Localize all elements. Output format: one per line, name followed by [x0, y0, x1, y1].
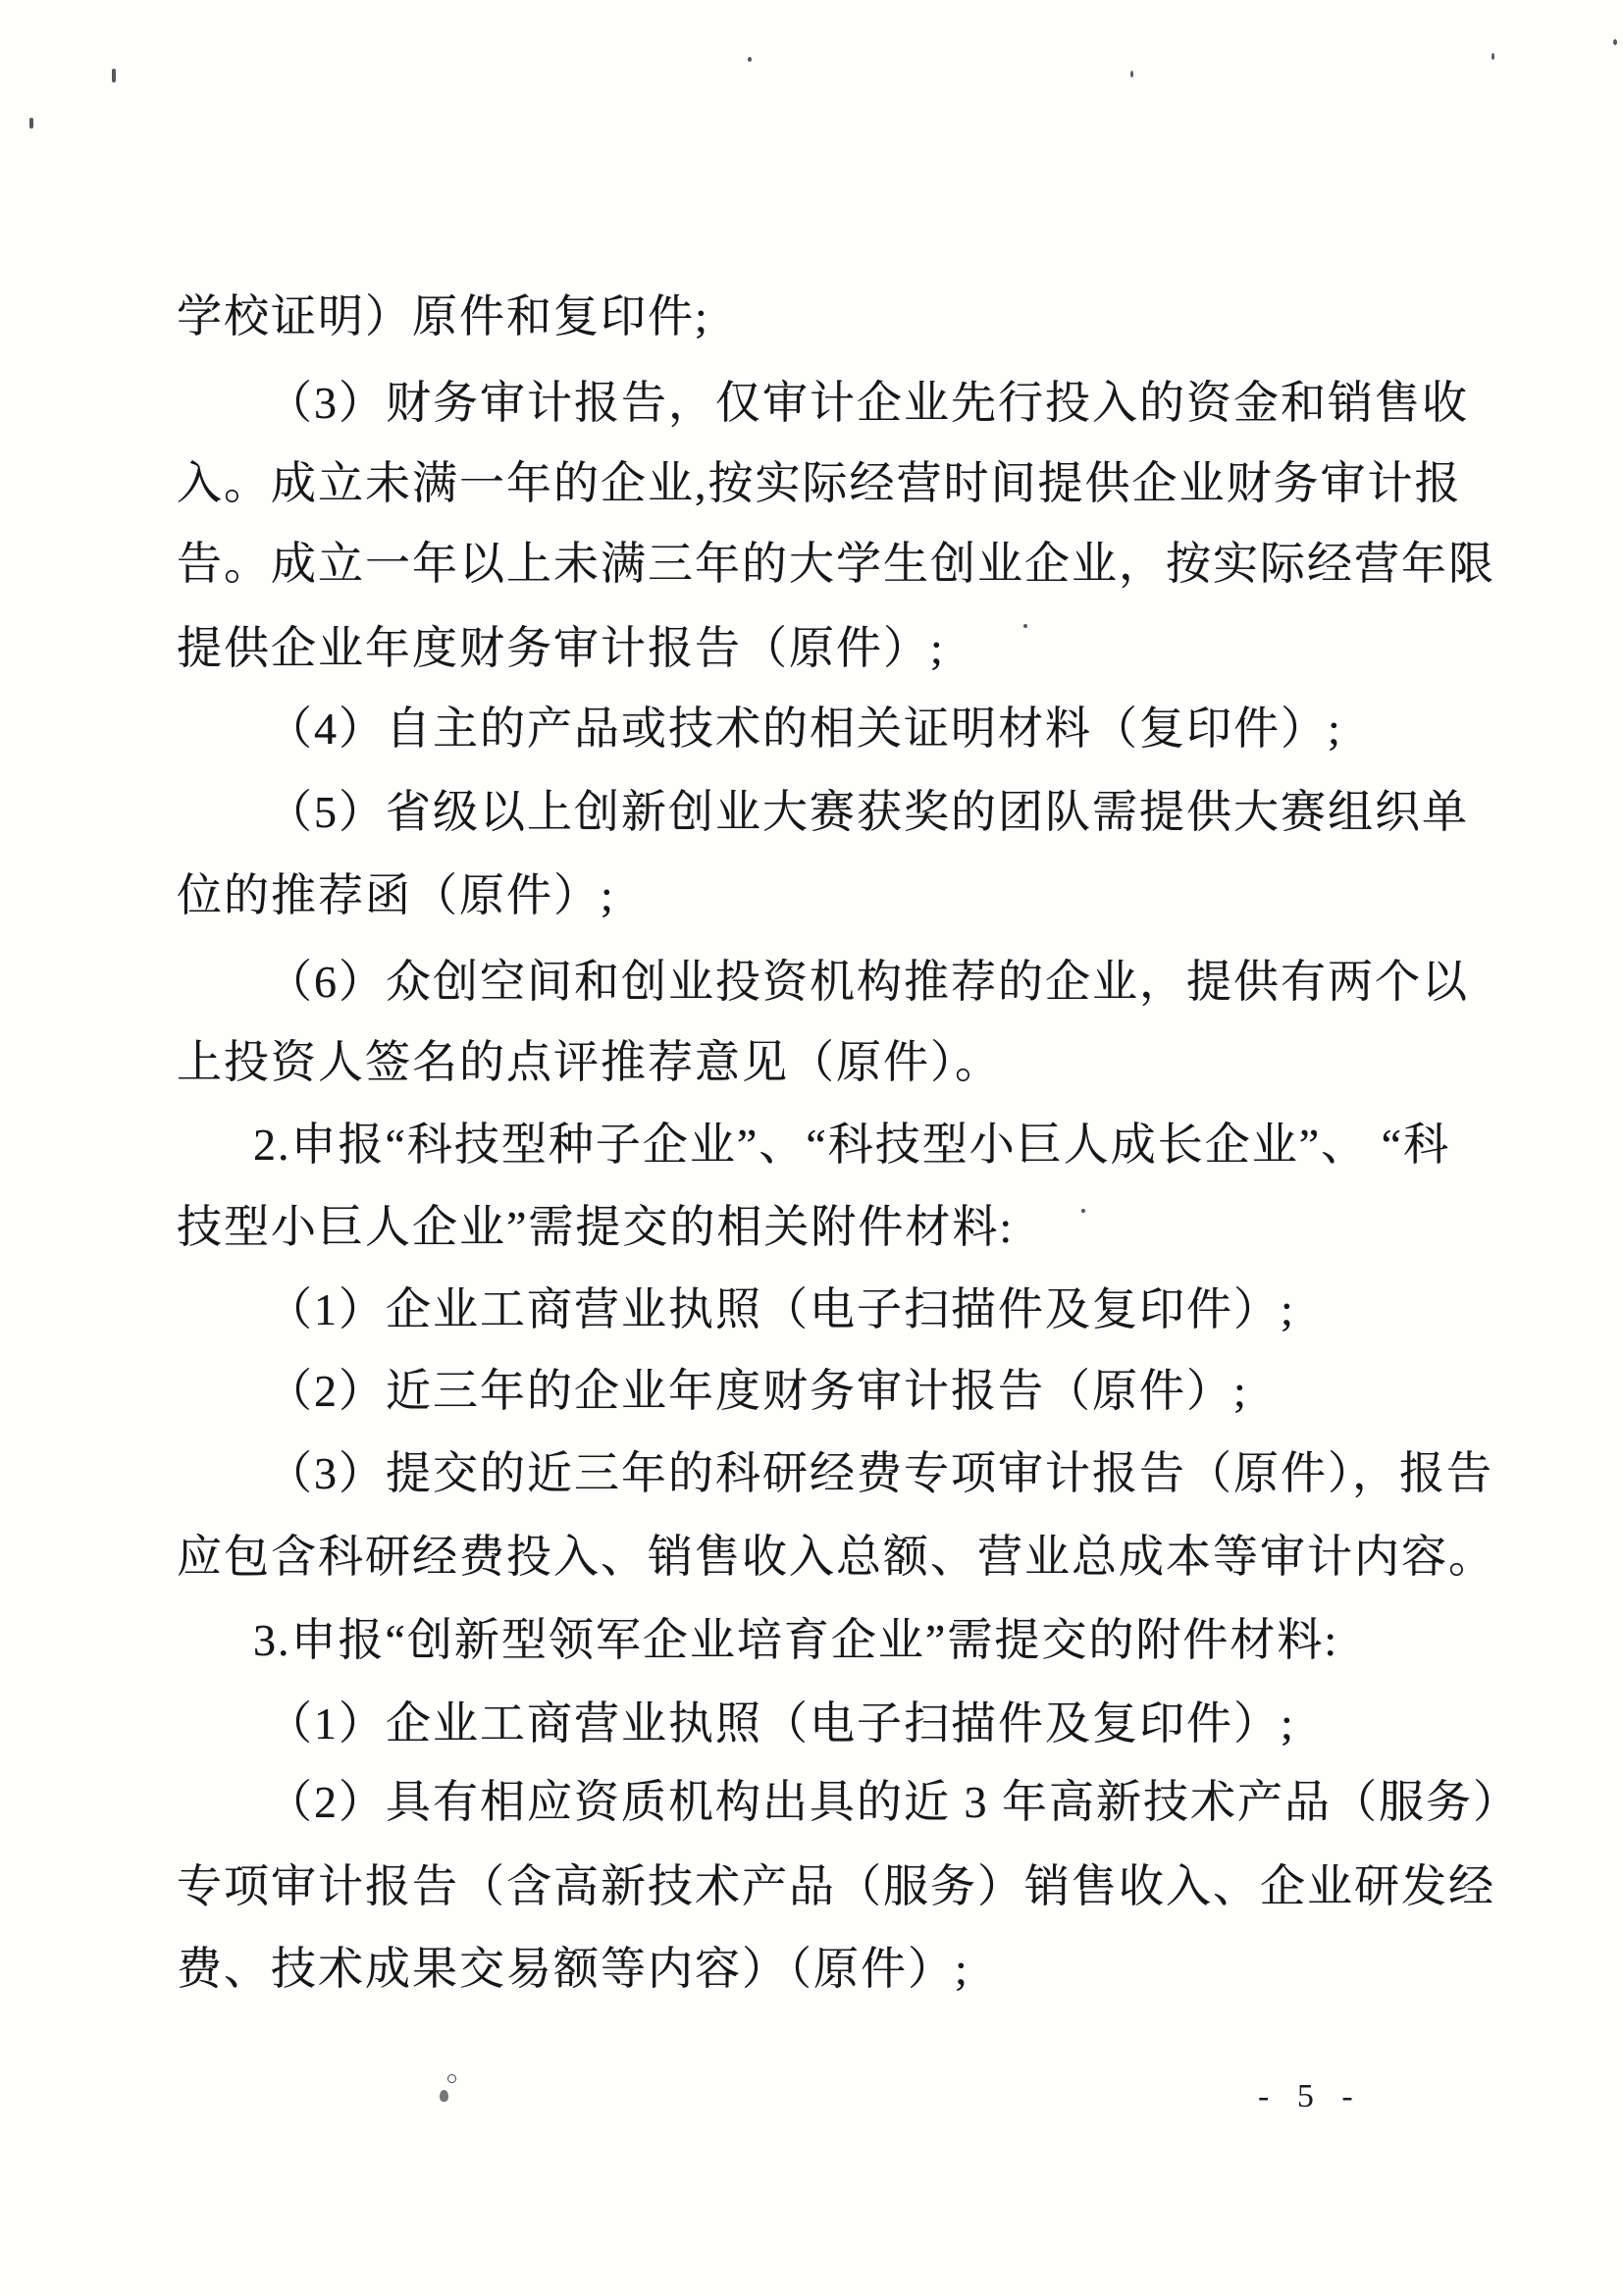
text-line-4: 告。成立一年以上未满三年的大学生创业企业，按实际经营年限 — [177, 540, 1495, 589]
text-line-15: （3）提交的近三年的科研经费专项审计报告（原件），报告 — [267, 1449, 1493, 1498]
scan-speck — [112, 69, 116, 82]
scan-speck — [1023, 624, 1027, 628]
text-line-9: （6）众创空间和创业投资机构推荐的企业，提供有两个以 — [267, 958, 1469, 1007]
text-line-13: （1）企业工商营业执照（电子扫描件及复印件）; — [267, 1285, 1295, 1334]
text-line-21: 费、技术成果交易额等内容）（原件）; — [177, 1945, 969, 1994]
text-line-11: 2.申报“科技型种子企业”、“科技型小巨人成长企业”、 “科 — [253, 1121, 1450, 1170]
text-line-17: 3.申报“创新型领军企业培育企业”需提交的附件材料: — [253, 1616, 1338, 1665]
scan-smudge — [440, 2090, 448, 2102]
text-line-19: （2）具有相应资质机构出具的近 3 年高新技术产品（服务） — [267, 1778, 1520, 1827]
text-line-14: （2）近三年的企业年度财务审计报告（原件）; — [267, 1367, 1248, 1416]
text-line-2: （3）财务审计报告，仅审计企业先行投入的资金和销售收 — [267, 379, 1469, 428]
text-line-16: 应包含科研经费投入、销售收入总额、营业总成本等审计内容。 — [177, 1533, 1495, 1582]
text-line-8: 位的推荐函（原件）; — [177, 871, 615, 920]
text-line-6: （4）自主的产品或技术的相关证明材料（复印件）; — [267, 704, 1342, 754]
scan-speck — [1492, 53, 1494, 60]
text-line-20: 专项审计报告（含高新技术产品（服务）销售收入、企业研发经 — [177, 1862, 1495, 1911]
scan-speck — [29, 118, 33, 129]
scan-speck — [1130, 71, 1133, 78]
scan-smudge — [447, 2074, 456, 2083]
scan-speck — [1081, 1209, 1085, 1213]
scan-speck — [748, 57, 752, 62]
text-line-1: 学校证明）原件和复印件; — [177, 292, 709, 341]
text-line-12: 技型小巨人企业”需提交的相关附件材料: — [177, 1203, 1014, 1252]
text-line-3: 入。成立未满一年的企业,按实际经营时间提供企业财务审计报 — [177, 459, 1462, 508]
scan-speck — [1613, 39, 1617, 45]
text-line-5: 提供企业年度财务审计报告（原件）; — [177, 624, 945, 673]
text-line-18: （1）企业工商营业执照（电子扫描件及复印件）; — [267, 1699, 1295, 1748]
page-number: - 5 - — [1258, 2078, 1363, 2115]
text-line-10: 上投资人签名的点评推荐意见（原件）。 — [177, 1038, 1002, 1087]
document-page: 学校证明）原件和复印件; （3）财务审计报告，仅审计企业先行投入的资金和销售收 … — [0, 0, 1623, 2296]
text-line-7: （5）省级以上创新创业大赛获奖的团队需提供大赛组织单 — [267, 788, 1469, 837]
